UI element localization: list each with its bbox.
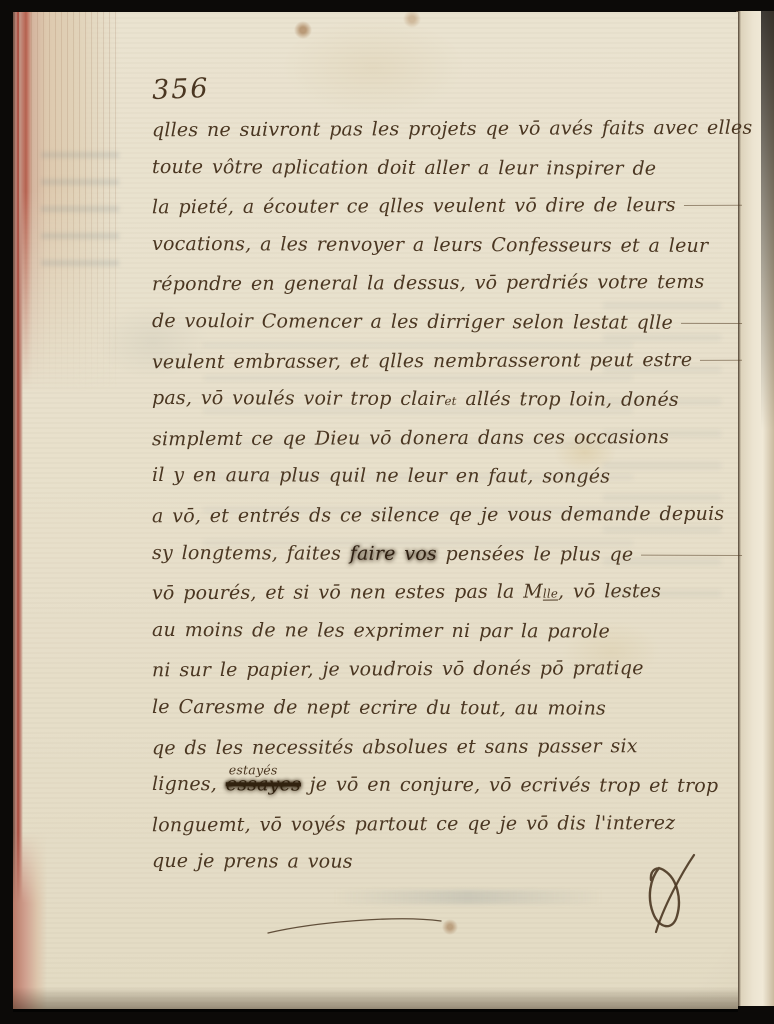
manuscript-text: ni sur le papier, je voudrois vō donés p… [152, 657, 644, 681]
line-filler-dash [681, 323, 742, 324]
page-bottom-shadow [13, 987, 738, 1009]
manuscript-text: essayesestayés [226, 773, 301, 795]
manuscript-text: , vō lestes [558, 580, 661, 602]
line-filler-dash [684, 205, 742, 206]
manuscript-line: la pieté, a écouter ce qlles veulent vō … [152, 194, 744, 235]
manuscript-lines: qlles ne suivront pas les projets qe vō … [152, 118, 744, 890]
manuscript-line: veulent embrasser, et qlles nembrasseron… [152, 348, 744, 389]
manuscript-text: que je prens a vous [152, 850, 353, 873]
manuscript-text: veulent embrasser, et qlles nembrasseron… [152, 348, 692, 372]
manuscript-text: faire vos [350, 542, 437, 564]
manuscript-text: vō pourés, et si vō nen estes pas la M [152, 581, 543, 605]
manuscript-text: de vouloir Comencer a les dirriger selon… [152, 310, 673, 334]
manuscript-text: qlles ne suivront pas les projets qe vō … [152, 117, 753, 142]
manuscript-line: longuemt, vō voyés partout ce qe je vō d… [152, 811, 744, 852]
manuscript-line: lignes, essayesestayés je vō en conjure,… [152, 773, 744, 814]
manuscript-text: pensées le plus qe [437, 542, 634, 565]
manuscript-line: sy longtems, faites faire vos pensées le… [152, 541, 744, 582]
manuscript-text: qe ds les necessités absolues et sans pa… [152, 735, 638, 759]
manuscript-line: il y en aura plus quil ne leur en faut, … [152, 464, 744, 505]
manuscript-text: sy longtems, faites [152, 541, 350, 564]
line-filler-dash [641, 554, 742, 555]
manuscript-line: toute vôtre aplication doit aller a leur… [152, 156, 744, 197]
manuscript-text: il y en aura plus quil ne leur en faut, … [152, 464, 610, 488]
manuscript-photo: 356 qlles ne suivront pas les projets qe… [0, 0, 774, 1024]
manuscript-line: que je prens a vous [152, 850, 744, 891]
manuscript-text: au moins de ne les exprimer ni par la pa… [152, 619, 610, 643]
manuscript-text: a vō, et entrés ds ce silence qe je vous… [152, 503, 724, 527]
manuscript-text: simplemt ce qe Dieu vō donera dans ces o… [152, 426, 669, 450]
manuscript-text: lignes, [152, 773, 226, 795]
interlinear-correction: estayés [229, 763, 278, 778]
manuscript-line: ni sur le papier, je voudrois vō donés p… [152, 657, 744, 698]
manuscript-text: je vō en conjure, vō ecrivés trop et tro… [301, 774, 718, 797]
line-filler-dash [700, 359, 742, 360]
manuscript-text: la pieté, a écouter ce qlles veulent vō … [152, 194, 676, 218]
manuscript-line: pas, vō voulés voir trop clairet allés t… [152, 387, 744, 428]
manuscript-line: vō pourés, et si vō nen estes pas la Mll… [152, 580, 744, 621]
manuscript-line: le Caresme de nept ecrire du tout, au mo… [152, 696, 744, 737]
manuscript-text: longuemt, vō voyés partout ce qe je vō d… [152, 812, 675, 836]
manuscript-page: 356 qlles ne suivront pas les projets qe… [13, 12, 738, 1009]
page-number: 356 [151, 73, 210, 106]
manuscript-text: toute vôtre aplication doit aller a leur… [152, 156, 656, 180]
manuscript-line: qlles ne suivront pas les projets qe vō … [152, 117, 744, 158]
manuscript-line: a vō, et entrés ds ce silence qe je vous… [152, 503, 744, 544]
manuscript-text: vocations, a les renvoyer a leurs Confes… [152, 233, 708, 257]
manuscript-text: le Caresme de nept ecrire du tout, au mo… [152, 696, 606, 720]
manuscript-text: allés trop loin, donés [457, 388, 679, 411]
manuscript-line: simplemt ce qe Dieu vō donera dans ces o… [152, 425, 744, 466]
ink-bleedthrough [333, 890, 603, 904]
page-gap-shadow [761, 11, 774, 431]
manuscript-line: vocations, a les renvoyer a leurs Confes… [152, 233, 744, 274]
manuscript-text: répondre en general la dessus, vō perdri… [152, 271, 705, 295]
manuscript-line: de vouloir Comencer a les dirriger selon… [152, 310, 744, 351]
manuscript-line: au moins de ne les exprimer ni par la pa… [152, 619, 744, 660]
manuscript-text: pas, vō voulés voir trop clair [152, 387, 445, 410]
page-edges-stack-top [19, 12, 119, 412]
page-edges-stack-bottom [13, 832, 47, 1009]
manuscript-line: répondre en general la dessus, vō perdri… [152, 271, 744, 312]
